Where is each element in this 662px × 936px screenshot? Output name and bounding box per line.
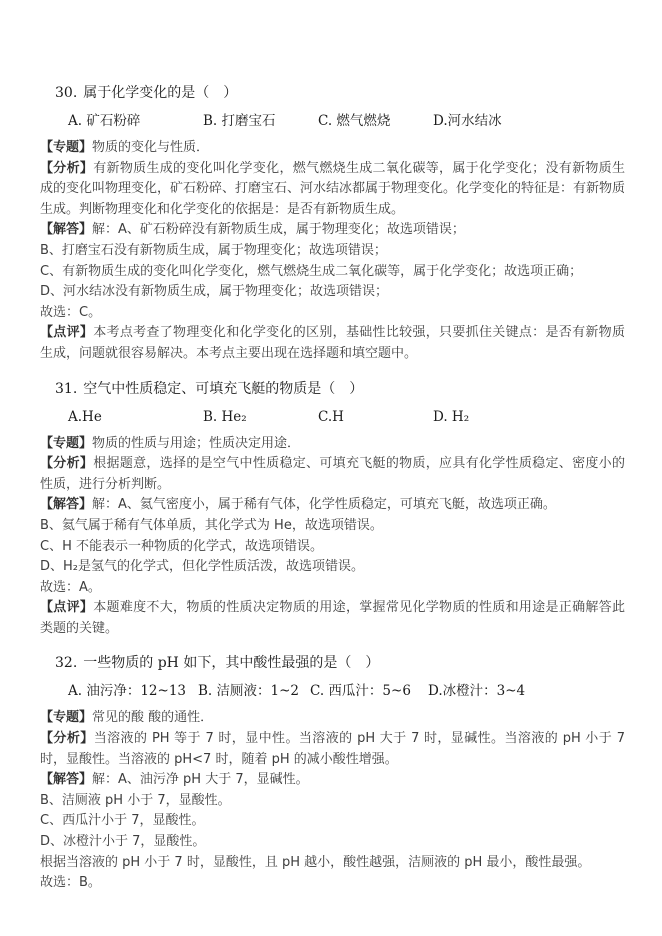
answer-line-b: B、洁厕液 pH 小于 7，显酸性。 [40, 791, 625, 812]
option-c: C. 燃气燃烧 [318, 112, 433, 131]
section-tag: 【分析】 [40, 731, 94, 746]
section-text: 本题难度不大，物质的性质决定物质的用途，掌握常见化学物质的性质和用途是正确解答此… [40, 600, 625, 636]
option-d: D.冰橙汁：3~4 [428, 682, 625, 701]
section-text: 根据当溶液的 pH 小于 7 时，显酸性，且 pH 越小，酸性越强，洁厕液的 p… [40, 855, 590, 870]
chosen-answer-line: 故选：A。 [40, 578, 625, 599]
option-b: B. He₂ [203, 408, 318, 427]
option-a: A. 矿石粉碎 [68, 112, 203, 131]
conclusion-line: 根据当溶液的 pH 小于 7 时，显酸性，且 pH 越小，酸性越强，洁厕液的 p… [40, 853, 625, 874]
section-text: 当溶液的 PH 等于 7 时，显中性。当溶液的 pH 大于 7 时，显碱性。当溶… [40, 731, 625, 767]
analysis-paragraph: 【分析】有新物质生成的变化叫化学变化，燃气燃烧生成二氧化碳等，属于化学变化；没有… [40, 159, 625, 221]
analysis-paragraph: 【分析】当溶液的 PH 等于 7 时，显中性。当溶液的 pH 大于 7 时，显碱… [40, 729, 625, 770]
section-text: 解：A、油污净 pH 大于 7，显碱性。 [92, 772, 309, 787]
answer-line-b: B、氦气属于稀有气体单质，其化学式为 He，故选项错误。 [40, 516, 625, 537]
answer-line-c: C、西瓜汁小于 7，显酸性。 [40, 811, 625, 832]
comment-paragraph: 【点评】本考点考查了物理变化和化学变化的区别，基础性比较强，只要抓住关键点：是否… [40, 323, 625, 364]
section-text: B、洁厕液 pH 小于 7，显酸性。 [40, 793, 231, 808]
topic-paragraph: 【专题】物质的性质与用途；性质决定用途． [40, 434, 625, 455]
answer-line-c: C、有新物质生成的变化叫化学变化，燃气燃烧生成二氧化碳等，属于化学变化；故选项正… [40, 262, 625, 283]
section-tag: 【分析】 [40, 456, 93, 471]
section-tag: 【点评】 [40, 325, 93, 340]
section-text: 物质的变化与性质． [92, 140, 209, 155]
section-text: C、有新物质生成的变化叫化学变化，燃气燃烧生成二氧化碳等，属于化学变化；故选项正… [40, 264, 582, 279]
answer-paragraph: 【解答】解：A、油污净 pH 大于 7，显碱性。 [40, 770, 625, 791]
option-b: B. 洁厕液：1~2 [198, 682, 310, 701]
section-tag: 【专题】 [40, 436, 92, 451]
section-tag: 【专题】 [40, 710, 92, 725]
topic-paragraph: 【专题】常见的酸 酸的通性． [40, 708, 625, 729]
question-32: 32.一些物质的 pH 如下，其中酸性最强的是（ ） A. 油污净：12~13 … [40, 654, 625, 893]
section-tag: 【解答】 [40, 772, 92, 787]
answer-line-d: D、河水结冰没有新物质生成，属于物理变化；故选项错误； [40, 282, 625, 303]
document-page: 30.属于化学变化的是（ ） A. 矿石粉碎 B. 打磨宝石 C. 燃气燃烧 D… [0, 0, 662, 936]
section-text: 解：A、氦气密度小，属于稀有气体，化学性质稳定，可填充飞艇，故选项正确。 [92, 497, 556, 512]
section-text: B、氦气属于稀有气体单质，其化学式为 He，故选项错误。 [40, 518, 383, 533]
section-tag: 【解答】 [40, 222, 92, 237]
section-text: D、H₂是氢气的化学式，但化学性质活泼，故选项错误。 [40, 559, 364, 574]
question-title-text: 属于化学变化的是（ ） [83, 85, 237, 101]
question-30: 30.属于化学变化的是（ ） A. 矿石粉碎 B. 打磨宝石 C. 燃气燃烧 D… [40, 84, 625, 365]
analysis-paragraph: 【分析】根据题意，选择的是空气中性质稳定、可填充飞艇的物质，应具有化学性质稳定、… [40, 454, 625, 495]
option-a: A. 油污净：12~13 [68, 682, 198, 701]
answer-line-c: C、H 不能表示一种物质的化学式，故选项错误。 [40, 537, 625, 558]
option-c: C. 西瓜汁：5~6 [310, 682, 428, 701]
answer-paragraph: 【解答】解：A、氦气密度小，属于稀有气体，化学性质稳定，可填充飞艇，故选项正确。 [40, 495, 625, 516]
question-31: 31.空气中性质稳定、可填充飞艇的物质是（ ） A.He B. He₂ C.H … [40, 380, 625, 640]
section-text: C、H 不能表示一种物质的化学式，故选项错误。 [40, 539, 323, 554]
question-number: 32. [55, 655, 77, 671]
options-row: A.He B. He₂ C.H D. H₂ [68, 408, 625, 427]
question-title-text: 一些物质的 pH 如下，其中酸性最强的是（ ） [83, 655, 379, 671]
answer-line-b: B、打磨宝石没有新物质生成，属于物理变化；故选项错误； [40, 241, 625, 262]
section-text: D、冰橙汁小于 7，显酸性。 [40, 834, 205, 849]
section-tag: 【点评】 [40, 600, 93, 615]
section-text: 故选：B。 [40, 875, 101, 890]
answer-line-d: D、冰橙汁小于 7，显酸性。 [40, 832, 625, 853]
option-d: D. H₂ [433, 408, 625, 427]
section-text: 解：A、矿石粉碎没有新物质生成，属于物理变化；故选项错误； [92, 222, 465, 237]
section-tag: 【专题】 [40, 140, 92, 155]
section-text: C、西瓜汁小于 7，显酸性。 [40, 813, 204, 828]
section-text: 有新物质生成的变化叫化学变化，燃气燃烧生成二氧化碳等，属于化学变化；没有新物质生… [40, 161, 625, 217]
option-d: D.河水结冰 [433, 112, 625, 131]
chosen-answer-line: 故选：C。 [40, 303, 625, 324]
section-text: 常见的酸 酸的通性． [92, 710, 213, 725]
option-b: B. 打磨宝石 [203, 112, 318, 131]
question-number: 30. [55, 85, 77, 101]
section-text: 物质的性质与用途；性质决定用途． [92, 436, 300, 451]
options-row: A. 矿石粉碎 B. 打磨宝石 C. 燃气燃烧 D.河水结冰 [68, 112, 625, 131]
section-text: 故选：A。 [40, 580, 101, 595]
options-row: A. 油污净：12~13 B. 洁厕液：1~2 C. 西瓜汁：5~6 D.冰橙汁… [68, 682, 625, 701]
question-title: 30.属于化学变化的是（ ） [55, 84, 625, 103]
option-a: A.He [68, 408, 203, 427]
section-text: B、打磨宝石没有新物质生成，属于物理变化；故选项错误； [40, 243, 387, 258]
question-number: 31. [55, 381, 77, 397]
question-title: 32.一些物质的 pH 如下，其中酸性最强的是（ ） [55, 654, 625, 673]
section-tag: 【分析】 [40, 161, 93, 176]
section-text: 故选：C。 [40, 305, 101, 320]
section-text: D、河水结冰没有新物质生成，属于物理变化；故选项错误； [40, 284, 388, 299]
option-c: C.H [318, 408, 433, 427]
section-tag: 【解答】 [40, 497, 92, 512]
answer-paragraph: 【解答】解：A、矿石粉碎没有新物质生成，属于物理变化；故选项错误； [40, 220, 625, 241]
question-title-text: 空气中性质稳定、可填充飞艇的物质是（ ） [83, 381, 363, 397]
question-title: 31.空气中性质稳定、可填充飞艇的物质是（ ） [55, 380, 625, 399]
section-text: 本考点考查了物理变化和化学变化的区别，基础性比较强，只要抓住关键点：是否有新物质… [40, 325, 625, 361]
section-text: 根据题意，选择的是空气中性质稳定、可填充飞艇的物质，应具有化学性质稳定、密度小的… [40, 456, 625, 492]
chosen-answer-line: 故选：B。 [40, 873, 625, 894]
comment-paragraph: 【点评】本题难度不大，物质的性质决定物质的用途，掌握常见化学物质的性质和用途是正… [40, 598, 625, 639]
topic-paragraph: 【专题】物质的变化与性质． [40, 138, 625, 159]
answer-line-d: D、H₂是氢气的化学式，但化学性质活泼，故选项错误。 [40, 557, 625, 578]
